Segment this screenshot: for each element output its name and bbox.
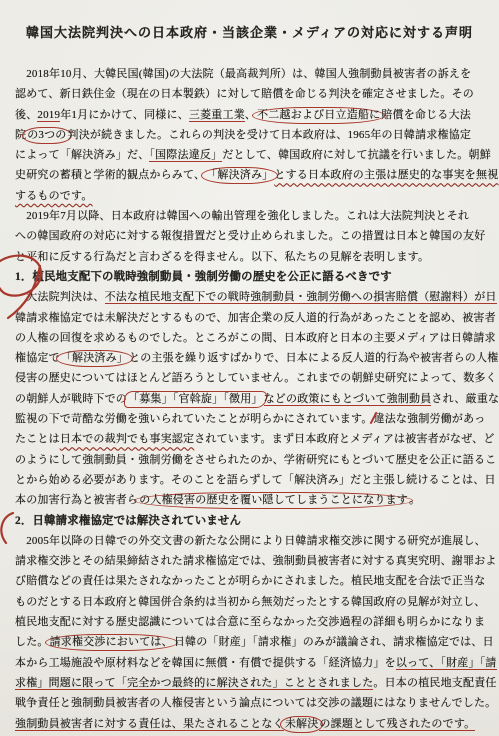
red-annotated-segment: などの政策にもとづいて強制動員 xyxy=(264,393,432,406)
text-segment: されています。まず日本政府とメディアは被害者がなぜ、ど xyxy=(194,433,494,445)
red-annotated-segment: 不二越および日立造船に xyxy=(252,107,385,124)
text-line: 2018年10月、大韓民国(韓国)の大法院（最高裁判所）は、韓国人強制動員被害者… xyxy=(15,64,493,84)
text-line: 権協定で「解決済み」との主張を繰り返すばかりで、日本による反人道的行為や被害者ら… xyxy=(15,348,493,368)
text-segment: 本の加害行為と被害者ら xyxy=(15,494,138,506)
text-segment: され、厳重な xyxy=(431,393,499,405)
red-annotated-segment: 「国際法違反」 xyxy=(149,149,222,162)
red-annotated-segment: 日本での裁判でも事実認定 xyxy=(60,433,194,445)
text-segment: だとして、韓国政府に対して抗議を行いました。朝鮮 xyxy=(222,149,491,161)
text-line: 大法院判決は、不法な植民地支配下での戦時強制動員・強制労働への損害賠償（慰謝料）… xyxy=(15,287,493,307)
text-segment: の人権の回復を求めるものでした。ところがこの間、日本政府と日本の主要メディアは日… xyxy=(15,332,496,344)
text-line: 後、2019年1月にかけて、同様に、三菱重工業、不二越および日立造船に賠償を命じ… xyxy=(15,105,493,125)
document-lines: 2018年10月、大韓民国(韓国)の大法院（最高裁判所）は、韓国人強制動員被害者… xyxy=(15,64,493,734)
red-annotated-segment: 違法な強制労働があっ xyxy=(373,413,486,425)
text-line: 本の加害行為と被害者らの人権侵害の歴史を覆い隠してしまうことになります。 xyxy=(15,490,493,510)
text-line: 史研究の蓄積と学術的観点からみて、「解決済み」とする日本政府の主張は歴史的な事実… xyxy=(15,165,493,185)
text-segment: 後、 xyxy=(15,109,37,121)
text-segment: 認めて、新日鉄住金（現在の日本製鉄）に対して賠償を命じる判決を確定させました。そ… xyxy=(15,88,474,100)
text-line: 植民地支配に対する歴史認識については合意に至らなかった交渉過程の詳細も明らかにな… xyxy=(15,612,493,632)
text-line: によって「解決済み」だ、「国際法違反」だとして、韓国政府に対して抗議を行いました… xyxy=(15,145,493,165)
text-line: 認めて、新日鉄住金（現在の日本製鉄）に対して賠償を命じる判決を確定させました。そ… xyxy=(15,84,493,104)
text-segment: び賠償などの責任は果たされなかったことが明らかにされました。植民地支配を合法で正… xyxy=(15,575,485,587)
text-segment: した。 xyxy=(15,636,49,648)
text-line: たことは日本での裁判でも事実認定されています。まず日本政府とメディアは被害者がな… xyxy=(15,429,493,449)
red-annotated-segment: 「解決済み」 xyxy=(201,167,278,184)
text-line: 戦争責任と強制動員被害者の人権侵害という論点については交渉の議題にはなりませんで… xyxy=(15,693,493,713)
text-line: の朝鮮人が戦時下での「募集」「官斡旋」「徴用」などの政策にもとづいて強制動員され… xyxy=(15,389,493,409)
red-annotated-segment: 未解決 xyxy=(280,716,324,733)
red-annotated-segment: 求権」問題に限って「完全かつ最終的に解決された」こととされました xyxy=(15,677,373,690)
text-segment: 韓請求権協定では未解決だとするもので、加害企業の反人道的行為があったことを認め、… xyxy=(15,312,496,324)
text-segment: 2．日韓請求権協定では解決されていません xyxy=(15,515,241,527)
scanned-document-page: 韓国大法院判決への日本政府・当該企業・メディアの対応に対する声明 2018年10… xyxy=(0,0,499,736)
text-line: 求権」問題に限って「完全かつ最終的に解決された」こととされました。日本の植民地支… xyxy=(15,673,493,693)
text-line: 侵害の歴史についてはほとんど語ろうとしていません。これまでの朝鮮史研究によって、… xyxy=(15,368,493,388)
text-line: 監視の下で苛酷な労働を強いられていたことが明らかにされています。違法な強制労働が… xyxy=(15,409,493,429)
text-line: 2019年7月以降、日本政府は韓国への輸出管理を強化しました。これは大法院判決と… xyxy=(15,206,493,226)
text-line: するものです。 xyxy=(15,186,493,206)
red-annotated-segment: 不法な植民地支配下での戦時強制動員・強制労働への損害賠償（慰謝料）が日 xyxy=(105,291,497,304)
text-line: 院の3つの判決が続きました。これらの判決を受けて日本政府は、1965年の日韓請求… xyxy=(15,125,493,145)
text-segment: 。 xyxy=(409,494,420,506)
text-segment: とから始める必要があります。そのことを語らずして「解決済み」だと主張し続けること… xyxy=(15,474,496,486)
red-annotated-segment: の3つの xyxy=(22,127,71,144)
document-title: 韓国大法院判決への日本政府・当該企業・メディアの対応に対する声明 xyxy=(0,22,499,41)
text-segment: と平和に反する行為だと言わざるを得ません。以下、私たちの見解を表明します。 xyxy=(15,251,429,263)
red-annotated-segment: 強制動員被害者に対する責任は、果たされることなく xyxy=(15,718,284,731)
text-segment: 侵害の歴史についてはほとんど語ろうとしていません。これまでの朝鮮史研究によって、… xyxy=(15,372,497,384)
text-segment: への韓国政府の対応に対する報復措置だと受け止められました。この措置は日本と韓国の… xyxy=(15,230,485,242)
red-annotated-segment: の人権侵害の歴史を覆い隠してしまうことになります xyxy=(134,492,413,509)
text-line: とから始める必要があります。そのことを語らずして「解決済み」だと主張し続けること… xyxy=(15,470,493,490)
text-segment: 2005年以降の日韓での外交文書の新たな公開により日韓請求権交渉に関する研究が進… xyxy=(15,535,486,547)
text-segment: 判決が続きました。これらの判決を受けて日本政府は、1965年の日韓請求権協定 xyxy=(68,129,472,141)
text-line: び賠償などの責任は果たされなかったことが明らかにされました。植民地支配を合法で正… xyxy=(15,571,493,591)
text-line: 本から工場施設や原材料などを韓国に無償・有償で提供する「経済協力」を以って、「財… xyxy=(15,653,493,673)
red-annotated-segment: とする日本政府の主張は歴史的な事実を無視 xyxy=(274,169,498,181)
text-segment: 戦争責任と強制動員被害者の人権侵害という論点については交渉の議題にはなりませんで… xyxy=(15,697,496,709)
text-segment: 本から工場施設や原材料などを韓国に無償・有償で提供する「経済協力」を xyxy=(15,657,396,669)
text-segment: のようにして強制動員・強制労働をさせられたのか、学術研究にもとづいて歴史を公正に… xyxy=(15,454,496,466)
text-segment: ものだとする日本政府と韓国併合条約は当初から無効だったとする韓国政府の見解が対立… xyxy=(15,596,485,608)
text-segment: 請求権交渉とその結果締結された請求権協定では、強制動員被害者に対する真実究明、謝… xyxy=(15,555,497,567)
red-annotated-segment: 請求権交渉においては、 xyxy=(45,634,178,651)
text-line: 韓請求権協定では未解決だとするもので、加害企業の反人道的行為があったことを認め、… xyxy=(15,308,493,328)
text-segment: 植民地支配に対する歴史認識については合意に至らなかった交渉過程の詳細も明らかにな… xyxy=(15,616,485,628)
section2-hook-icon xyxy=(1,513,13,543)
red-annotated-segment: 「解決済み」 xyxy=(56,350,133,367)
text-line: 2005年以降の日韓での外交文書の新たな公開により日韓請求権交渉に関する研究が進… xyxy=(15,531,493,551)
text-segment: 年1月にかけて、同様に、 xyxy=(60,109,189,121)
red-annotated-segment: の課題として残されたのです。 xyxy=(319,718,475,731)
text-segment: の朝鮮人が戦時下での xyxy=(15,393,127,405)
text-line: の人権の回復を求めるものでした。ところがこの間、日本政府と日本の主要メディアは日… xyxy=(15,328,493,348)
text-segment: たことは xyxy=(15,433,60,445)
red-annotated-segment: 三菱重工業 xyxy=(189,109,245,122)
text-segment: 大法院判決は、 xyxy=(15,291,105,303)
text-line: ものだとする日本政府と韓国併合条約は当初から無効だったとする韓国政府の見解が対立… xyxy=(15,592,493,612)
text-segment: 1．植民地支配下の戦時強制動員・強制労働の歴史を公正に語るべきです xyxy=(15,271,392,283)
text-segment: 権協定で xyxy=(15,352,60,364)
red-annotated-segment: 以って、「財産」「請 xyxy=(396,657,497,670)
text-line: のようにして強制動員・強制労働をさせられたのか、学術研究にもとづいて歴史を公正に… xyxy=(15,450,493,470)
section-heading: 2．日韓請求権協定では解決されていません xyxy=(15,511,493,531)
text-segment: 史研究の蓄積と学術的観点からみて、 xyxy=(15,169,205,181)
section-heading: 1．植民地支配下の戦時強制動員・強制労働の歴史を公正に語るべきです xyxy=(15,267,493,287)
text-line: した。請求権交渉においては、日韓の「財産」「請求権」のみが議論され、請求権協定で… xyxy=(15,632,493,652)
text-segment: によって「解決済み」だ、 xyxy=(15,149,149,161)
text-line: と平和に反する行為だと言わざるを得ません。以下、私たちの見解を表明します。 xyxy=(15,247,493,267)
red-annotated-segment: 2019 xyxy=(37,109,60,122)
text-segment: 賠償を命じる大法 xyxy=(381,109,471,121)
text-line: 強制動員被害者に対する責任は、果たされることなく未解決の課題として残されたのです… xyxy=(15,714,493,734)
text-segment: 日韓の「財産」「請求権」のみが議論され、請求権協定では、日 xyxy=(174,636,494,648)
text-segment: 監視の下で苛酷な労働を強いられていたことが明らかにされています。 xyxy=(15,413,373,425)
text-segment: 。日本の植民地支配責任・ xyxy=(373,677,499,689)
red-annotated-segment: するものです。 xyxy=(15,190,93,202)
text-line: への韓国政府の対応に対する報復措置だと受け止められました。この措置は日本と韓国の… xyxy=(15,226,493,246)
text-line: 請求権交渉とその結果締結された請求権協定では、強制動員被害者に対する真実究明、謝… xyxy=(15,551,493,571)
text-segment: 2019年7月以降、日本政府は韓国への輸出管理を強化しました。これは大法院判決と… xyxy=(15,210,469,222)
text-segment: との主張を繰り返すばかりで、日本による反人道的行為や被害者らの人権 xyxy=(129,352,498,364)
red-annotated-segment: 「募集」「官斡旋」「徴用」 xyxy=(124,391,267,408)
text-segment: 2018年10月、大韓民国(韓国)の大法院（最高裁判所）は、韓国人強制動員被害者… xyxy=(15,68,471,80)
